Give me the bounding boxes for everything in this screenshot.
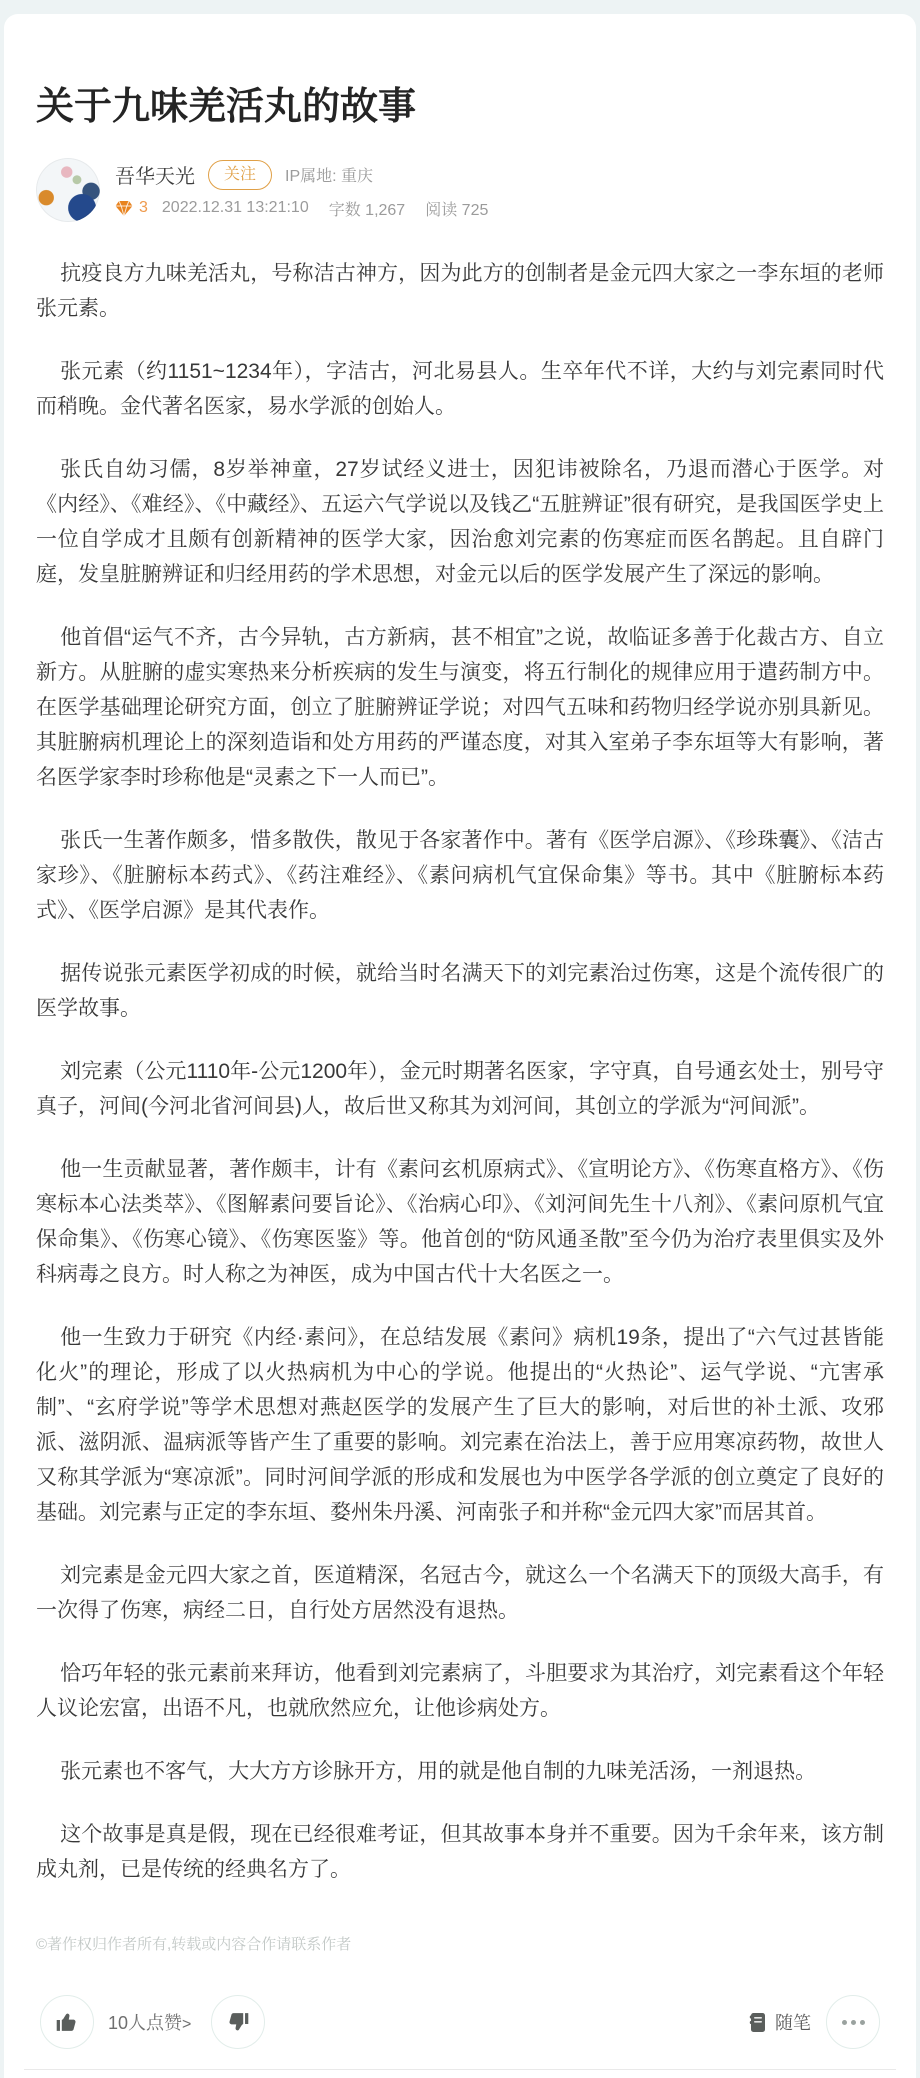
- article-card: 关于九味羌活丸的故事 吾华天光 关注 IP属地: 重庆 3 2022.12.31…: [4, 14, 916, 2078]
- more-button[interactable]: [826, 1995, 880, 2049]
- article-meta: 3 2022.12.31 13:21:10 字数 1,267 阅读 725: [115, 197, 488, 220]
- diamond-count: 3: [139, 199, 148, 217]
- follow-button[interactable]: 关注: [208, 160, 272, 190]
- ip-location: IP属地: 重庆: [285, 163, 373, 186]
- more-icon: [842, 2020, 865, 2025]
- article-paragraph: 他一生贡献显著，著作颇丰，计有《素问玄机原病式》、《宣明论方》、《伤寒直格方》、…: [36, 1152, 884, 1292]
- article-body: 抗疫良方九味羌活丸，号称洁古神方，因为此方的创制者是金元四大家之一李东垣的老师张…: [36, 256, 884, 1915]
- article-paragraph: 这个故事是真是假，现在已经很难考证，但其故事本身并不重要。因为千余年来，该方制成…: [36, 1817, 884, 1887]
- read-count: 阅读 725: [425, 197, 488, 220]
- notebook-icon: [749, 2012, 767, 2033]
- article-paragraph: 张元素也不客气，大大方方诊脉开方，用的就是他自制的九味羌活汤，一剂退热。: [36, 1754, 884, 1789]
- page-title: 关于九味羌活丸的故事: [36, 86, 884, 130]
- article-paragraph: 张元素（约1151~1234年），字洁古，河北易县人。生卒年代不详，大约与刘完素…: [36, 354, 884, 424]
- chevron-right-icon: >: [182, 2016, 191, 2033]
- author-avatar[interactable]: [36, 158, 100, 222]
- word-count: 字数 1,267: [329, 197, 406, 220]
- author-name[interactable]: 吾华天光: [115, 160, 195, 189]
- thumb-up-icon: [54, 2009, 80, 2035]
- like-count-link[interactable]: 10人点赞>: [108, 2009, 191, 2035]
- dislike-button[interactable]: [211, 1995, 265, 2049]
- publish-time: 2022.12.31 13:21:10: [162, 199, 309, 217]
- bottom-divider: [24, 2069, 896, 2070]
- author-section: 吾华天光 关注 IP属地: 重庆 3 2022.12.31 13:21:10 字…: [36, 158, 884, 222]
- thumb-down-icon: [225, 2009, 251, 2035]
- article-paragraph: 张氏自幼习儒，8岁举神童，27岁试经义进士，因犯讳被除名，乃退而潜心于医学。对《…: [36, 452, 884, 592]
- like-button[interactable]: [40, 1995, 94, 2049]
- article-paragraph: 恰巧年轻的张元素前来拜访，他看到刘完素病了，斗胆要求为其治疗，刘完素看这个年轻人…: [36, 1656, 884, 1726]
- article-paragraph: 他首倡“运气不齐，古今异轨，古方新病，甚不相宜”之说，故临证多善于化裁古方、自立…: [36, 620, 884, 795]
- copyright-notice: ©著作权归作者所有,转载或内容合作请联系作者: [36, 1933, 884, 1954]
- article-paragraph: 他一生致力于研究《内经·素问》，在总结发展《素问》病机19条，提出了“六气过甚皆…: [36, 1320, 884, 1530]
- article-paragraph: 刘完素是金元四大家之首，医道精深，名冠古今，就这么一个名满天下的顶级大高手，有一…: [36, 1558, 884, 1628]
- article-paragraph: 抗疫良方九味羌活丸，号称洁古神方，因为此方的创制者是金元四大家之一李东垣的老师张…: [36, 256, 884, 326]
- article-paragraph: 据传说张元素医学初成的时候，就给当时名满天下的刘完素治过伤寒，这是个流传很广的医…: [36, 956, 884, 1026]
- article-paragraph: 刘完素（公元1110年-公元1200年），金元时期著名医家，字守真，自号通玄处士…: [36, 1054, 884, 1124]
- action-bar: 10人点赞> 随笔: [36, 1995, 884, 2049]
- diamond-icon: [115, 200, 133, 217]
- category-link[interactable]: 随笔: [749, 2009, 811, 2035]
- category-label: 随笔: [775, 2009, 811, 2035]
- article-paragraph: 张氏一生著作颇多，惜多散佚，散见于各家著作中。著有《医学启源》、《珍珠囊》、《洁…: [36, 823, 884, 928]
